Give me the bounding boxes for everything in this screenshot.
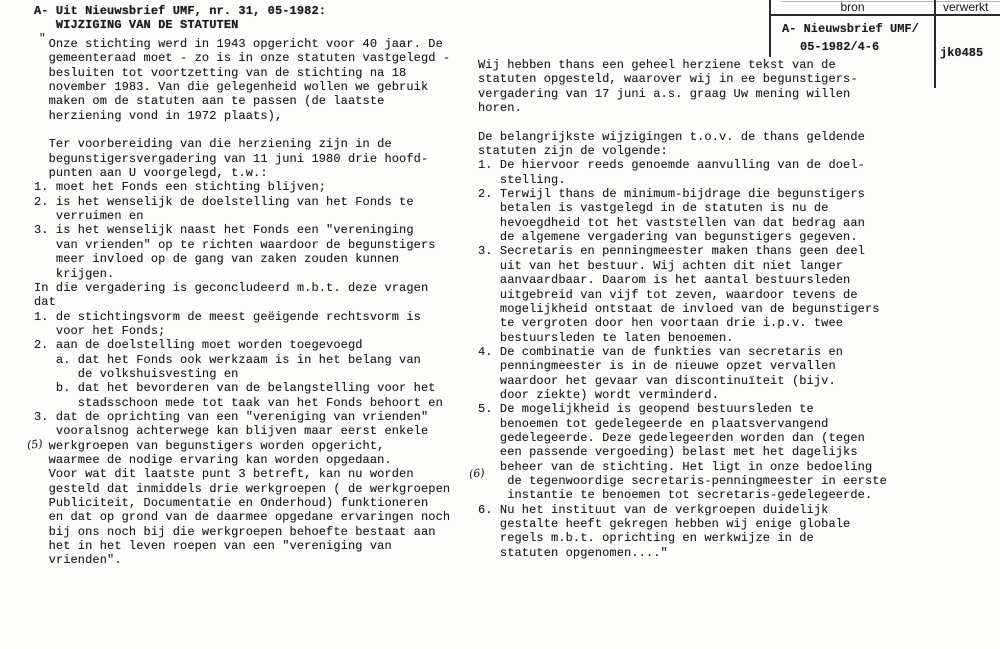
processed-code: jk0485 [940, 46, 983, 60]
left-column-text: Onze stichting werd in 1943 opgericht vo… [34, 37, 450, 568]
right-column-text: Wij hebben thans een geheel herziene tek… [478, 58, 887, 560]
article-source-heading: A- Uit Nieuwsbrief UMF, nr. 31, 05-1982: [34, 4, 326, 18]
margin-annotation-6: (6) [468, 466, 485, 481]
article-title: WIJZIGING VAN DE STATUTEN [34, 18, 238, 32]
scanned-document-page: bron verwerkt A- Nieuwsbrief UMF/ 05-198… [0, 0, 1000, 649]
source-reference-line1: A- Nieuwsbrief UMF/ [782, 22, 919, 36]
source-reference-line2: 05-1982/4-6 [800, 40, 879, 54]
margin-annotation-5: (5) [26, 437, 43, 452]
table-header-rule [769, 14, 1000, 16]
table-header-verwerkt: verwerkt [943, 0, 988, 14]
table-header-bron: bron [770, 0, 935, 14]
